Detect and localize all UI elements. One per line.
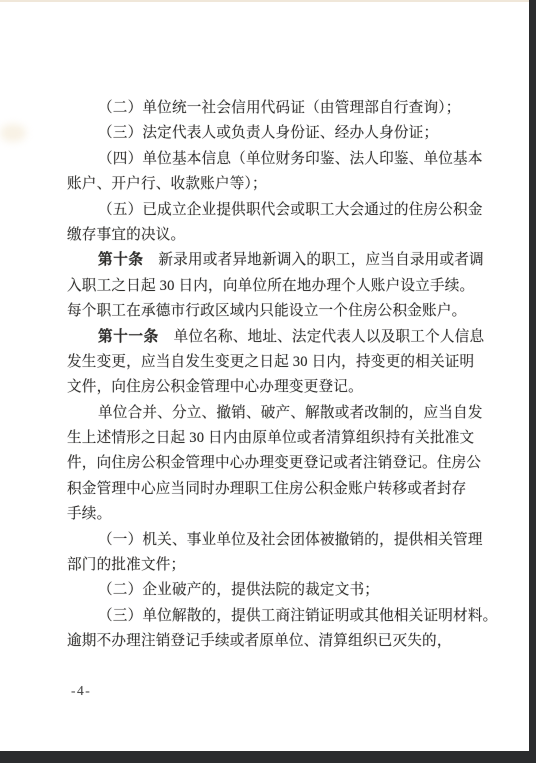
text-line: 逾期不办理注销登记手续或者原单位、清算组织已灭失的， [67,629,471,654]
text-line: 入职工之日起 30 日内，向单位所在地办理个人账户设立手续。 [67,274,471,299]
scan-top-edge [0,0,536,2]
text-line: 缴存事宜的决议。 [67,223,471,248]
text-line: （二）企业破产的，提供法院的裁定文书； [67,578,471,603]
article-number: 第十一条 [98,329,159,345]
text-line: （三）单位解散的，提供工商注销证明或其他相关证明材料。 [67,604,471,629]
scan-bottom-edge [0,751,536,763]
text-line: （四）单位基本信息（单位财务印鉴、法人印鉴、单位基本 [67,147,471,172]
text-line: （二）单位统一社会信用代码证（由管理部自行查询）； [67,96,471,121]
document-body-text: （二）单位统一社会信用代码证（由管理部自行查询）；（三）法定代表人或负责人身份证… [67,96,471,655]
text-line: 手续。 [67,502,471,527]
text-line: 第十一条 单位名称、地址、法定代表人以及职工个人信息 [67,325,471,350]
page-number: -4- [71,683,91,699]
text-line: 每个职工在承德市行政区域内只能设立一个住房公积金账户。 [67,299,471,324]
text-line: 积金管理中心应当同时办理职工住房公积金账户转移或者封存 [67,477,471,502]
text-line: 件，向住房公积金管理中心办理变更登记或者注销登记。住房公 [67,451,471,476]
text-line: （一）机关、事业单位及社会团体被撤销的，提供相关管理 [67,528,471,553]
text-line: （五）已成立企业提供职代会或职工大会通过的住房公积金 [67,198,471,223]
text-line: 部门的批准文件； [67,553,471,578]
text-line: 生上述情形之日起 30 日内由原单位或者清算组织持有关批准文 [67,426,471,451]
text-line: 文件，向住房公积金管理中心办理变更登记。 [67,375,471,400]
scan-smudge [0,124,26,142]
text-line: （三）法定代表人或负责人身份证、经办人身份证； [67,121,471,146]
scanned-page: （二）单位统一社会信用代码证（由管理部自行查询）；（三）法定代表人或负责人身份证… [0,0,536,763]
text-line: 第十条 新录用或者异地新调入的职工，应当自录用或者调 [67,248,471,273]
text-line: 发生变更，应当自发生变更之日起 30 日内，持变更的相关证明 [67,350,471,375]
text-line: 单位合并、分立、撤销、破产、解散或者改制的，应当自发 [67,401,471,426]
text-line: 账户、开户行、收款账户等）； [67,172,471,197]
scan-right-edge [529,0,536,763]
article-number: 第十条 [98,252,144,268]
